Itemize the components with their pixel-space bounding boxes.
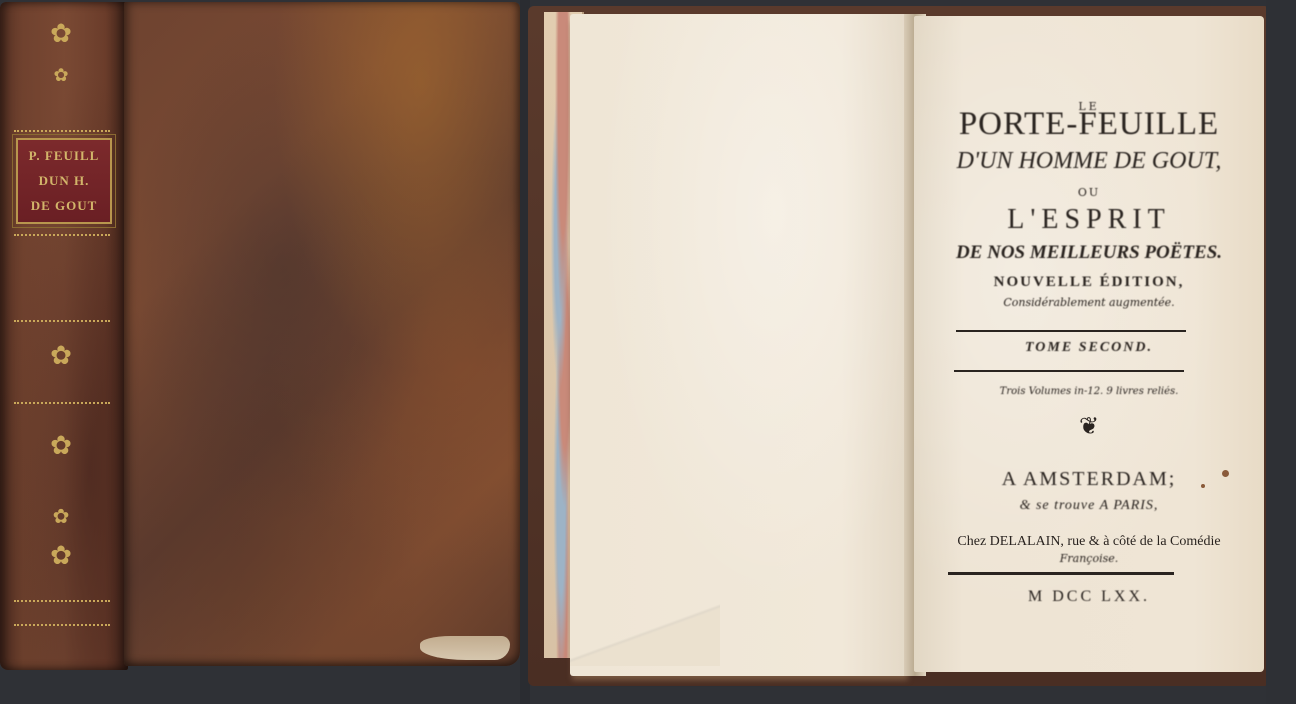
spine-label-line: P. FEUILL (29, 148, 100, 164)
spine-gilt-band (14, 600, 110, 602)
background-edge (1266, 0, 1296, 704)
spine-ornament-icon: ✿ (12, 542, 112, 570)
alt-title: L'ESPRIT (914, 204, 1264, 236)
spine-ornament-icon: ✿ (12, 432, 112, 460)
spine-title-label: P. FEUILL DUN H. DE GOUT (16, 138, 112, 224)
blank-flyleaf (570, 14, 910, 676)
spine-label-line: DUN H. (39, 173, 90, 189)
imprint-francoise: Françoise. (914, 552, 1264, 565)
spine-ornament-icon: ✿ (12, 502, 112, 530)
spine-ornament-icon: ✿ (12, 20, 112, 48)
title-conjunction: OU (914, 186, 1264, 199)
augmented-note: Considérablement augmentée. (914, 296, 1264, 309)
book-spine: ✿ ✿ P. FEUILL DUN H. DE GOUT ✿ ✿ ✿ ✿ (0, 2, 128, 670)
spine-gilt-band (14, 130, 110, 132)
spine-gilt-band (14, 624, 110, 626)
spine-label-line: DE GOUT (31, 198, 98, 214)
title-rule (956, 330, 1186, 332)
imprint-paris: & se trouve A PARIS, (914, 498, 1264, 514)
book-subtitle: D'UN HOMME DE GOUT, (914, 148, 1264, 175)
book-title: PORTE-FEUILLE (914, 106, 1264, 143)
imprint-city: A AMSTERDAM; (914, 468, 1264, 491)
spine-ornament-icon: ✿ (12, 62, 112, 90)
spine-gilt-band (14, 234, 110, 236)
price-note: Trois Volumes in-12. 9 livres reliés. (914, 386, 1264, 397)
edition-line: NOUVELLE ÉDITION, (914, 274, 1264, 291)
cover-corner-wear (420, 636, 510, 660)
alt-subtitle: DE NOS MEILLEURS POËTES. (914, 242, 1264, 264)
spine-gilt-band (14, 402, 110, 404)
title-rule (954, 370, 1184, 372)
book-back-cover (124, 2, 520, 666)
imprint-publisher: Chez DELALAIN, rue & à côté de la Comédi… (914, 534, 1264, 550)
volume-label: TOME SECOND. (914, 340, 1264, 356)
spine-gilt-band (14, 320, 110, 322)
flyleaf-folded-corner (570, 596, 720, 666)
printer-ornament-icon: ❦ (914, 412, 1264, 440)
spine-ornament-icon: ✿ (12, 342, 112, 370)
imprint-rule (948, 572, 1174, 575)
imprint-date: M DCC LXX. (914, 588, 1264, 606)
